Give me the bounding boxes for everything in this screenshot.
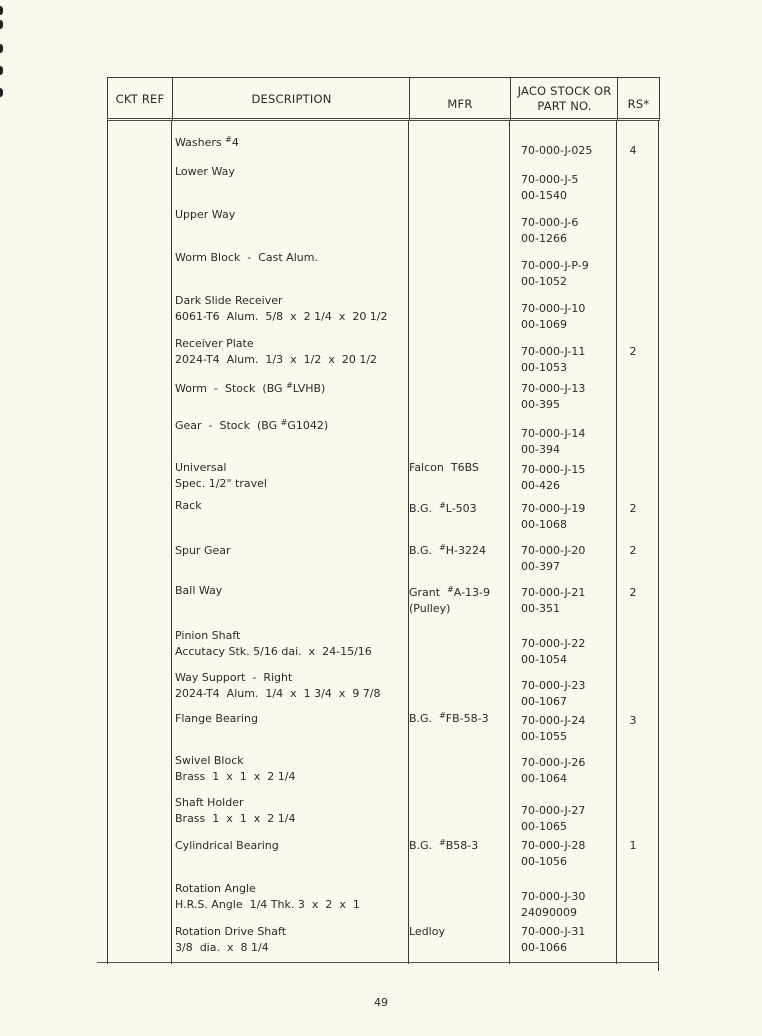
binding-hole-mark bbox=[0, 66, 3, 75]
binding-hole-mark bbox=[0, 6, 3, 15]
part-number-cell-line: 00-426 bbox=[521, 478, 585, 494]
mfr-cell-line: Falcon T6BS bbox=[409, 460, 479, 476]
binding-hole-mark bbox=[0, 44, 3, 53]
description-cell-line: Shaft Holder bbox=[175, 795, 295, 811]
part-number-cell-line: 00-1064 bbox=[521, 771, 585, 787]
description-cell: Worm Block - Cast Alum. bbox=[175, 250, 318, 266]
description-cell: Cylindrical Bearing bbox=[175, 838, 279, 854]
description-cell: Flange Bearing bbox=[175, 711, 258, 727]
description-cell-line: Universal bbox=[175, 460, 267, 476]
description-cell: Worm - Stock (BG #LVHB) bbox=[175, 381, 325, 397]
part-number-cell-line: 70-000-J-11 bbox=[521, 344, 585, 360]
part-number-cell-line: 00-1065 bbox=[521, 819, 585, 835]
description-cell-line: Pinion Shaft bbox=[175, 628, 372, 644]
rs-cell: 2 bbox=[627, 543, 639, 559]
part-number-cell: 70-000-J-2100-351 bbox=[521, 585, 585, 617]
part-number-cell-line: 70-000-J-13 bbox=[521, 381, 585, 397]
binding-hole-mark bbox=[0, 88, 3, 97]
description-cell-line: 2024-T4 Alum. 1/3 x 1/2 x 20 1/2 bbox=[175, 352, 377, 368]
mfr-cell: B.G. #L-503 bbox=[409, 501, 477, 517]
part-number-cell-line: 00-1052 bbox=[521, 274, 589, 290]
part-number-cell-line: 70-000-J-26 bbox=[521, 755, 585, 771]
number-sign: # bbox=[439, 501, 446, 510]
part-number-cell: 70-000-J-1300-395 bbox=[521, 381, 585, 413]
number-sign: # bbox=[439, 838, 446, 847]
description-cell-line: Flange Bearing bbox=[175, 711, 258, 727]
number-sign: # bbox=[447, 585, 454, 594]
mfr-cell: B.G. #H-3224 bbox=[409, 543, 486, 559]
description-cell-line: 2024-T4 Alum. 1/4 x 1 3/4 x 9 7/8 bbox=[175, 686, 381, 702]
part-number-cell: 70-000-J-P-900-1052 bbox=[521, 258, 589, 290]
mfr-cell-line: Grant #A-13-9 bbox=[409, 585, 490, 601]
description-cell: Ball Way bbox=[175, 583, 222, 599]
part-number-cell-line: 00-1069 bbox=[521, 317, 585, 333]
part-number-cell: 70-000-J-3024090009 bbox=[521, 889, 585, 921]
description-cell-line: 6061-T6 Alum. 5/8 x 2 1/4 x 20 1/2 bbox=[175, 309, 388, 325]
part-number-cell-line: 00-394 bbox=[521, 442, 585, 458]
description-cell: Swivel BlockBrass 1 x 1 x 2 1/4 bbox=[175, 753, 295, 785]
description-cell: Pinion ShaftAccutacy Stk. 5/16 dai. x 24… bbox=[175, 628, 372, 660]
column-rule-mfr bbox=[509, 121, 510, 964]
mfr-cell: Ledloy bbox=[409, 924, 445, 940]
description-cell: Way Support - Right2024-T4 Alum. 1/4 x 1… bbox=[175, 670, 381, 702]
number-sign: # bbox=[225, 135, 232, 144]
description-cell: Receiver Plate2024-T4 Alum. 1/3 x 1/2 x … bbox=[175, 336, 377, 368]
mfr-cell-line: Ledloy bbox=[409, 924, 445, 940]
part-number-cell-line: 70-000-J-28 bbox=[521, 838, 585, 854]
description-cell-line: 3/8 dia. x 8 1/4 bbox=[175, 940, 286, 956]
mfr-cell-line: (Pulley) bbox=[409, 601, 490, 617]
part-number-cell: 70-000-J-2600-1064 bbox=[521, 755, 585, 787]
part-number-cell-line: 00-1055 bbox=[521, 729, 585, 745]
number-sign: # bbox=[439, 711, 446, 720]
part-number-cell-line: 00-1540 bbox=[521, 188, 578, 204]
parts-list-table: CKT REF DESCRIPTION MFR JACO STOCK OR PA… bbox=[107, 77, 660, 964]
description-cell: Upper Way bbox=[175, 207, 235, 223]
part-number-cell-line: 70-000-J-24 bbox=[521, 713, 585, 729]
mfr-cell-line: B.G. #B58-3 bbox=[409, 838, 478, 854]
mfr-cell: Falcon T6BS bbox=[409, 460, 479, 476]
part-number-cell: 70-000-J-2300-1067 bbox=[521, 678, 585, 710]
part-number-cell-line: 24090009 bbox=[521, 905, 585, 921]
part-number-cell: 70-000-J-1900-1068 bbox=[521, 501, 585, 533]
column-header-ckt-ref: CKT REF bbox=[108, 78, 172, 120]
part-number-cell-line: 70-000-J-5 bbox=[521, 172, 578, 188]
mfr-cell: Grant #A-13-9(Pulley) bbox=[409, 585, 490, 617]
number-sign: # bbox=[439, 543, 446, 552]
rs-cell: 1 bbox=[627, 838, 639, 854]
part-number-cell: 70-000-J-025 bbox=[521, 143, 592, 159]
description-cell-line: Spec. 1/2" travel bbox=[175, 476, 267, 492]
part-number-cell-line: 00-351 bbox=[521, 601, 585, 617]
part-number-cell-line: 70-000-J-15 bbox=[521, 462, 585, 478]
mfr-cell-line: B.G. #L-503 bbox=[409, 501, 477, 517]
part-number-cell: 70-000-J-1400-394 bbox=[521, 426, 585, 458]
description-cell: Rack bbox=[175, 498, 202, 514]
number-sign: # bbox=[281, 418, 288, 427]
part-number-cell-line: 70-000-J-21 bbox=[521, 585, 585, 601]
part-number-cell-line: 00-1066 bbox=[521, 940, 585, 956]
column-rule-right bbox=[658, 121, 659, 971]
part-number-cell: 70-000-J-600-1266 bbox=[521, 215, 578, 247]
part-number-cell-line: 70-000-J-22 bbox=[521, 636, 585, 652]
column-rule-left bbox=[107, 121, 108, 964]
part-number-cell: 70-000-J-2700-1065 bbox=[521, 803, 585, 835]
column-header-mfr: MFR bbox=[409, 78, 510, 120]
part-number-cell-line: 00-1266 bbox=[521, 231, 578, 247]
part-number-cell: 70-000-J-1500-426 bbox=[521, 462, 585, 494]
part-number-cell-line: 00-1056 bbox=[521, 854, 585, 870]
description-cell-line: Dark Slide Receiver bbox=[175, 293, 388, 309]
description-cell: Rotation Drive Shaft3/8 dia. x 8 1/4 bbox=[175, 924, 286, 956]
binding-hole-mark bbox=[0, 20, 3, 29]
description-cell: Spur Gear bbox=[175, 543, 231, 559]
part-number-cell: 70-000-J-500-1540 bbox=[521, 172, 578, 204]
description-cell-line: Receiver Plate bbox=[175, 336, 377, 352]
rs-cell: 3 bbox=[627, 713, 639, 729]
description-cell-line: Rack bbox=[175, 498, 202, 514]
description-cell-line: Washers #4 bbox=[175, 135, 239, 151]
rs-cell: 4 bbox=[627, 143, 639, 159]
page-number: 49 bbox=[0, 996, 762, 1009]
description-cell-line: Spur Gear bbox=[175, 543, 231, 559]
description-cell: Dark Slide Receiver6061-T6 Alum. 5/8 x 2… bbox=[175, 293, 388, 325]
column-rule-part-no bbox=[616, 121, 617, 964]
mfr-cell: B.G. #FB-58-3 bbox=[409, 711, 489, 727]
part-number-cell-line: 70-000-J-P-9 bbox=[521, 258, 589, 274]
part-number-cell-line: 70-000-J-025 bbox=[521, 143, 592, 159]
part-number-cell-line: 00-397 bbox=[521, 559, 585, 575]
part-number-cell-line: 70-000-J-6 bbox=[521, 215, 578, 231]
rs-cell: 2 bbox=[627, 501, 639, 517]
column-rule-ckt-ref bbox=[171, 121, 172, 964]
description-cell-line: Brass 1 x 1 x 2 1/4 bbox=[175, 811, 295, 827]
description-cell-line: Gear - Stock (BG #G1042) bbox=[175, 418, 328, 434]
part-number-cell-line: 00-1067 bbox=[521, 694, 585, 710]
part-number-cell-line: 00-1054 bbox=[521, 652, 585, 668]
column-header-rs: RS* bbox=[617, 78, 659, 120]
rs-cell: 2 bbox=[627, 585, 639, 601]
part-number-cell-line: 70-000-J-14 bbox=[521, 426, 585, 442]
part-number-cell-line: 00-1053 bbox=[521, 360, 585, 376]
part-number-cell: 70-000-J-2400-1055 bbox=[521, 713, 585, 745]
description-cell-line: Rotation Drive Shaft bbox=[175, 924, 286, 940]
description-cell: UniversalSpec. 1/2" travel bbox=[175, 460, 267, 492]
description-cell-line: Cylindrical Bearing bbox=[175, 838, 279, 854]
column-header-description: DESCRIPTION bbox=[172, 78, 410, 120]
column-header-part-no: JACO STOCK OR PART NO. bbox=[510, 78, 618, 120]
description-cell-line: Rotation Angle bbox=[175, 881, 360, 897]
part-number-cell: 70-000-J-2000-397 bbox=[521, 543, 585, 575]
part-number-cell-line: 70-000-J-23 bbox=[521, 678, 585, 694]
part-number-cell: 70-000-J-3100-1066 bbox=[521, 924, 585, 956]
description-cell-line: Upper Way bbox=[175, 207, 235, 223]
part-number-cell-line: 00-395 bbox=[521, 397, 585, 413]
description-cell: Shaft HolderBrass 1 x 1 x 2 1/4 bbox=[175, 795, 295, 827]
description-cell: Rotation AngleH.R.S. Angle 1/4 Thk. 3 x … bbox=[175, 881, 360, 913]
description-cell-line: H.R.S. Angle 1/4 Thk. 3 x 2 x 1 bbox=[175, 897, 360, 913]
part-number-cell-line: 70-000-J-31 bbox=[521, 924, 585, 940]
description-cell: Washers #4 bbox=[175, 135, 239, 151]
mfr-cell-line: B.G. #H-3224 bbox=[409, 543, 486, 559]
part-number-cell-line: 70-000-J-19 bbox=[521, 501, 585, 517]
description-cell-line: Accutacy Stk. 5/16 dai. x 24-15/16 bbox=[175, 644, 372, 660]
description-cell-line: Swivel Block bbox=[175, 753, 295, 769]
part-number-cell: 70-000-J-1000-1069 bbox=[521, 301, 585, 333]
part-number-cell: 70-000-J-2200-1054 bbox=[521, 636, 585, 668]
table-header-row: CKT REF DESCRIPTION MFR JACO STOCK OR PA… bbox=[107, 77, 660, 121]
part-number-cell: 70-000-J-1100-1053 bbox=[521, 344, 585, 376]
description-cell: Lower Way bbox=[175, 164, 235, 180]
description-cell-line: Ball Way bbox=[175, 583, 222, 599]
mfr-cell: B.G. #B58-3 bbox=[409, 838, 478, 854]
binding-holes bbox=[0, 0, 6, 140]
part-number-cell-line: 70-000-J-20 bbox=[521, 543, 585, 559]
table-bottom-rule bbox=[97, 962, 659, 963]
table-body: Washers #470-000-J-0254Lower Way70-000-J… bbox=[107, 121, 660, 964]
description-cell-line: Worm Block - Cast Alum. bbox=[175, 250, 318, 266]
number-sign: # bbox=[286, 381, 293, 390]
description-cell: Gear - Stock (BG #G1042) bbox=[175, 418, 328, 434]
description-cell-line: Way Support - Right bbox=[175, 670, 381, 686]
part-number-cell-line: 00-1068 bbox=[521, 517, 585, 533]
part-number-cell: 70-000-J-2800-1056 bbox=[521, 838, 585, 870]
mfr-cell-line: B.G. #FB-58-3 bbox=[409, 711, 489, 727]
description-cell-line: Worm - Stock (BG #LVHB) bbox=[175, 381, 325, 397]
part-number-cell-line: 70-000-J-27 bbox=[521, 803, 585, 819]
part-number-cell-line: 70-000-J-30 bbox=[521, 889, 585, 905]
part-number-cell-line: 70-000-J-10 bbox=[521, 301, 585, 317]
description-cell-line: Lower Way bbox=[175, 164, 235, 180]
rs-cell: 2 bbox=[627, 344, 639, 360]
description-cell-line: Brass 1 x 1 x 2 1/4 bbox=[175, 769, 295, 785]
